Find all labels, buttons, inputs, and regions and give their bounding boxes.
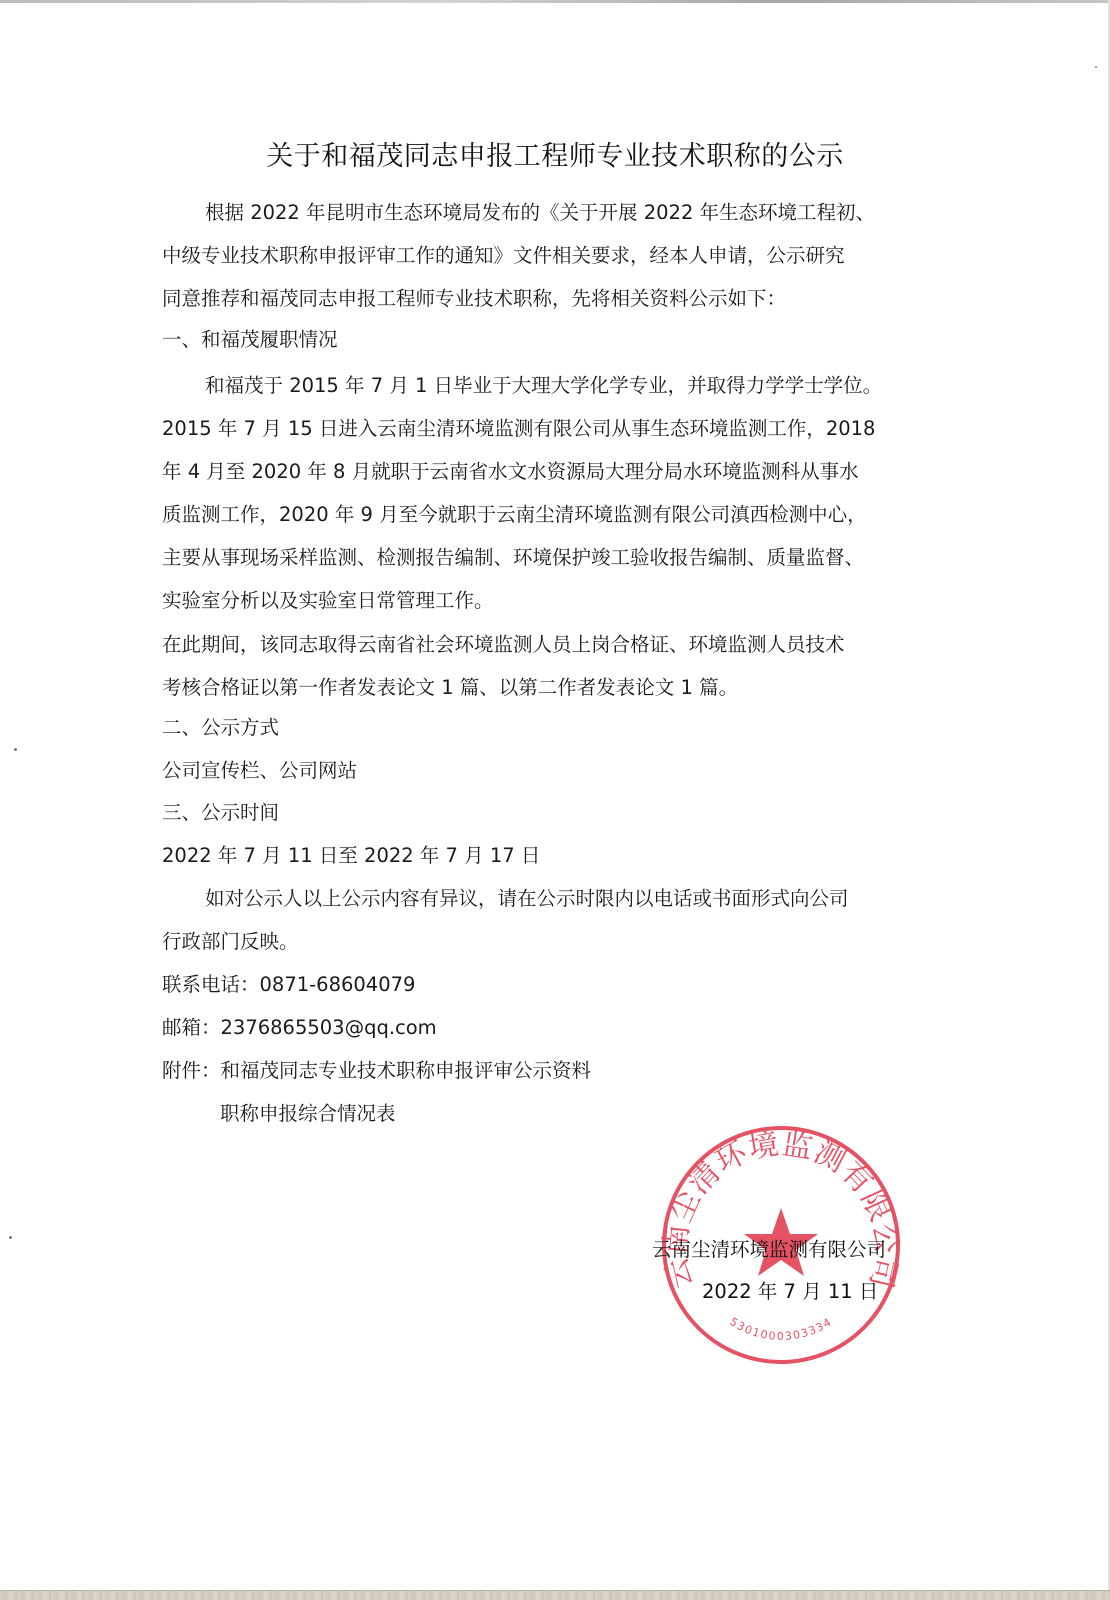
section2-heading: 二、公示方式 — [162, 715, 279, 741]
svg-text:云南尘清环境监测有限公司: 云南尘清环境监测有限公司 — [658, 1127, 904, 1293]
document-title: 关于和福茂同志申报工程师专业技术职称的公示 — [0, 134, 1110, 173]
scan-edge-bottom — [0, 1590, 1110, 1600]
scan-speck — [14, 748, 17, 751]
achievements-line: 考核合格证以第一作者发表论文 1 篇、以第二作者发表论文 1 篇。 — [162, 675, 738, 701]
scan-speck — [9, 1236, 12, 1239]
section1-paragraph-line: 实验室分析以及实验室日常管理工作。 — [162, 588, 494, 614]
section1-paragraph-line: 质监测工作，2020 年 9 月至今就职于云南尘清环境监测有限公司滇西检测中心， — [162, 502, 867, 528]
attachments-label: 附件： — [162, 1059, 221, 1082]
attachments: 附件：和福茂同志专业技术职称申报评审公示资料 — [162, 1058, 591, 1084]
svg-text:5301000303334: 5301000303334 — [727, 1315, 834, 1343]
email-label: 邮箱： — [162, 1016, 221, 1039]
section3-heading: 三、公示时间 — [162, 800, 279, 826]
achievements-line: 在此期间，该同志取得云南省社会环境监测人员上岗合格证、环境监测人员技术 — [162, 632, 845, 658]
section1-paragraph-line: 年 4 月至 2020 年 8 月就职于云南省水文水资源局大理分局水环境监测科从… — [162, 459, 859, 485]
section3-content: 2022 年 7 月 11 日至 2022 年 7 月 17 日 — [162, 843, 540, 869]
phone-label: 联系电话： — [162, 973, 260, 996]
contact-email: 邮箱：2376865503@qq.com — [162, 1015, 437, 1041]
objection-line: 如对公示人以上公示内容有异议，请在公示时限内以电话或书面形式向公司 — [205, 886, 849, 912]
objection-line: 行政部门反映。 — [162, 929, 299, 955]
intro-line-3: 同意推荐和福茂同志申报工程师专业技术职称，先将相关资料公示如下： — [162, 286, 786, 312]
seal-arc-text: 云南尘清环境监测有限公司 — [658, 1127, 904, 1293]
section1-paragraph-line: 2015 年 7 月 15 日进入云南尘清环境监测有限公司从事生态环境监测工作，… — [162, 416, 875, 442]
signature-company: 云南尘清环境监测有限公司 — [652, 1234, 886, 1262]
section2-content: 公司宣传栏、公司网站 — [162, 758, 357, 784]
contact-phone: 联系电话：0871-68604079 — [162, 972, 415, 998]
section1-paragraph-line: 和福茂于 2015 年 7 月 1 日毕业于大理大学化学专业，并取得力学学士学位… — [205, 373, 882, 399]
seal-serial: 5301000303334 — [727, 1315, 834, 1343]
section1-heading: 一、和福茂履职情况 — [162, 327, 338, 353]
email-address: 2376865503@qq.com — [221, 1016, 437, 1039]
scan-edge-top — [0, 0, 1110, 3]
phone-number: 0871-68604079 — [260, 973, 416, 996]
attachment-item: 和福茂同志专业技术职称申报评审公示资料 — [221, 1059, 592, 1082]
intro-line-2: 中级专业技术职称申报评审工作的通知》文件相关要求，经本人申请，公示研究 — [162, 243, 845, 269]
section1-paragraph-line: 主要从事现场采样监测、检测报告编制、环境保护竣工验收报告编制、质量监督、 — [162, 545, 864, 571]
signature-date: 2022 年 7 月 11 日 — [702, 1276, 878, 1304]
scan-speck — [1095, 66, 1097, 68]
intro-line-1: 根据 2022 年昆明市生态环境局发布的《关于开展 2022 年生态环境工程初、 — [205, 200, 875, 226]
attachment-item: 职称申报综合情况表 — [220, 1101, 396, 1127]
